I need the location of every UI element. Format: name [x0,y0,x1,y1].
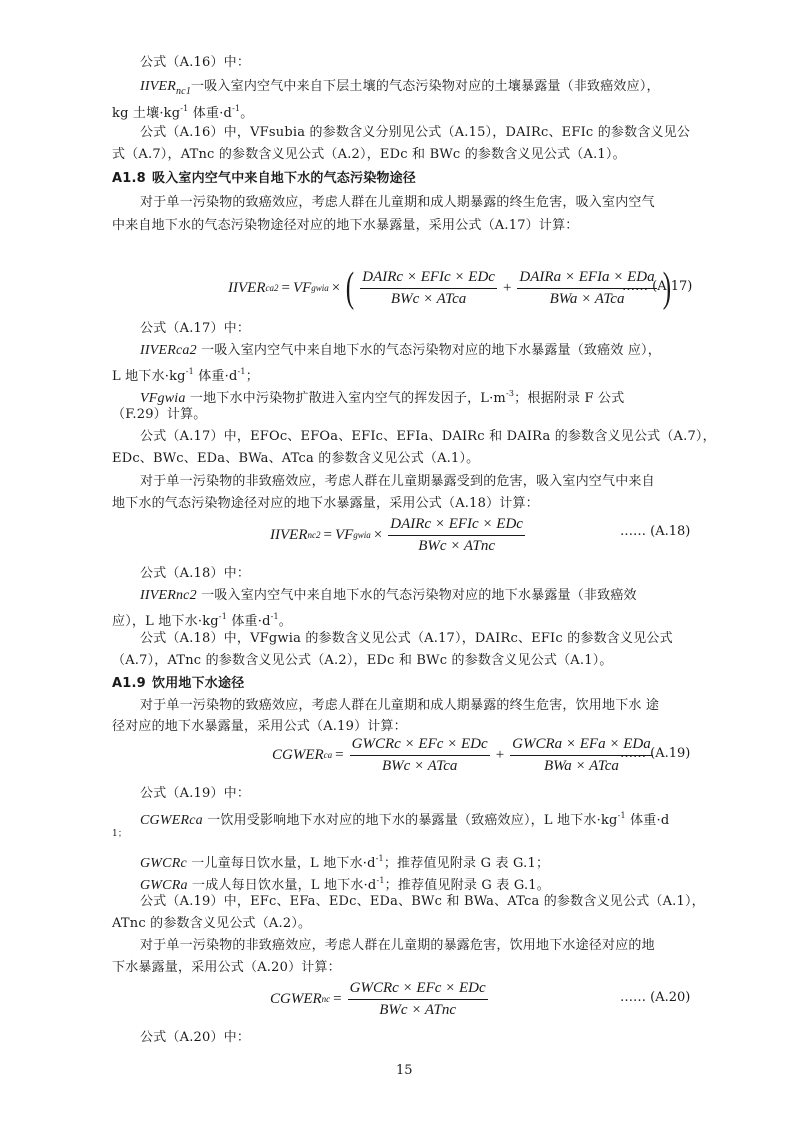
formula-a17: IIVERca2 = VFgwia × ( DAIRc × EFIc × EDc… [228,262,674,314]
paragraph-a18-params-cont: （A.7），ATnc 的参数含义见公式（A.2），EDc 和 BWc 的参数含义… [112,653,704,669]
section-heading-a1-9: A1.9饮用地下水途径 [112,676,704,692]
paragraph-a16-params-cont: 式（A.7），ATnc 的参数含义见公式（A.2），EDc 和 BWc 的参数含… [112,147,704,163]
section-heading-a1-8: A1.8吸入室内空气中来自地下水的气态污染物途径 [112,171,704,187]
equation-number-a17: …… (A.17) [622,279,692,294]
equation-number-a18: …… (A.18) [620,524,690,539]
fraction-child: GWCRc × EFc × EDc BWc × ATca [350,736,490,775]
definition-iiver-nc1-units: kg 土壤·kg-1 体重·d-1。 [112,101,704,122]
fraction-child: DAIRc × EFIc × EDc BWc × ATca [360,269,497,308]
formula-a17-intro: 公式（A.17）中： [140,321,704,337]
definition-vf-gwia-cont: （F.29）计算。 [112,407,704,423]
symbol: IIVERnc1 [140,79,191,94]
definition-gwcr-c: GWCRc 一儿童每日饮水量，L 地下水·d-1；推荐值见附录 G 表 G.1； [140,851,704,872]
equation-number-a20: …… (A.20) [620,990,690,1005]
definition-vf-gwia: VFgwia 一地下水中污染物扩散进入室内空气的挥发因子，L·m-3；根据附录 … [140,386,704,407]
paragraph-a17-params-cont: EDc、BWc、EDa、BWa、ATca 的参数含义见公式（A.1）。 [112,451,704,467]
paragraph-a19-params: 公式（A.19）中，EFc、EFa、EDc、EDa、BWc 和 BWa、ATca… [140,894,704,910]
paragraph-a18-intro: 对于单一污染物的非致癌效应，考虑人群在儿童期暴露受到的危害，吸入室内空气中来自 [140,474,704,490]
paragraph-a20-intro-cont: 下水暴露量，采用公式（A.20）计算： [112,960,704,976]
paragraph-a17-intro: 对于单一污染物的致癌效应，考虑人群在儿童期和成人期暴露的终生危害，吸入室内空气 [140,195,704,211]
paragraph-a18-params: 公式（A.18）中，VFgwia 的参数含义见公式（A.17），DAIRc、EF… [140,631,704,647]
definition-iiver-ca2: IIVERca2 一吸入室内空气中来自地下水的气态污染物对应的地下水暴露量（致癌… [140,343,704,359]
formula-a20-intro: 公式（A.20）中： [140,1030,704,1046]
definition-iiver-nc1: IIVERnc1一吸入室内空气中来自下层土壤的气态污染物对应的土壤暴露量（非致癌… [140,79,704,100]
paragraph-a19-params-cont: ATnc 的参数含义见公式（A.2）。 [112,916,704,932]
paragraph-a17-intro-cont: 中来自地下水的气态污染物途径对应的地下水暴露量，采用公式（A.17）计算： [112,218,704,234]
fraction: DAIRc × EFIc × EDc BWc × ATnc [388,516,525,555]
formula-a18: IIVERnc2 = VFgwia × DAIRc × EFIc × EDc B… [270,512,528,558]
paragraph-a17-params: 公式（A.17）中，EFOc、EFOa、EFIc、EFIa、DAIRc 和 DA… [140,429,704,445]
definition-iiver-nc2-units: 应），L 地下水·kg-1 体重·d-1。 [112,609,704,630]
definition-gwcr-a: GWCRa 一成人每日饮水量，L 地下水·d-1；推荐值见附录 G 表 G.1。 [140,873,704,894]
definition-cgwer-ca-cont: 1； [112,826,704,842]
definition-iiver-nc2: IIVERnc2 一吸入室内空气中来自地下水的气态污染物对应的地下水暴露量（非致… [140,588,704,604]
paragraph-a19-intro: 对于单一污染物的致癌效应，考虑人群在儿童期和成人期暴露的终生危害，饮用地下水 途 [140,698,704,714]
formula-a20: CGWERnc = GWCRc × EFc × EDc BWc × ATnc [270,976,491,1022]
definition-iiver-ca2-units: L 地下水·kg-1 体重·d-1； [112,364,704,385]
formula-a19: CGWERca = GWCRc × EFc × EDc BWc × ATca +… [272,732,656,778]
equation-number-a19: …… (A.19) [620,746,690,761]
page-number: 15 [396,1063,413,1078]
formula-a18-intro: 公式（A.18）中： [140,566,704,582]
paragraph-a16-params: 公式（A.16）中，VFsubia 的参数含义分别见公式（A.15），DAIRc… [140,125,704,141]
paragraph-a20-intro: 对于单一污染物的非致癌效应，考虑人群在儿童期的暴露危害，饮用地下水途径对应的地 [140,938,704,954]
formula-a19-intro: 公式（A.19）中： [140,786,704,802]
fraction: GWCRc × EFc × EDc BWc × ATnc [348,980,488,1019]
paragraph-a18-intro-cont: 地下水的气态污染物途径对应的地下水暴露量，采用公式（A.18）计算： [112,496,704,512]
document-page: 公式（A.16）中： IIVERnc1一吸入室内空气中来自下层土壤的气态污染物对… [0,0,800,1131]
formula-a16-intro: 公式（A.16）中： [140,55,704,71]
